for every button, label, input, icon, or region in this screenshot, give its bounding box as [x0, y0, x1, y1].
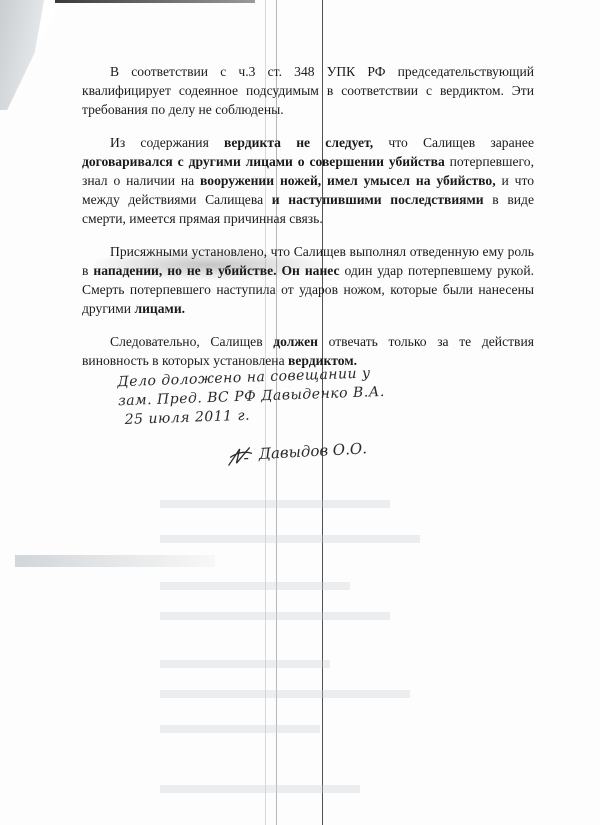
paragraph: В соответствии с ч.3 ст. 348 УПК РФ пред… [82, 62, 534, 119]
scanned-page: В соответствии с ч.3 ст. 348 УПК РФ пред… [0, 0, 600, 825]
paragraph-text: В соответствии с ч.3 ст. 348 УПК РФ пред… [82, 64, 534, 117]
scanner-corner-artifact [0, 0, 60, 110]
toner-smudge [15, 555, 215, 567]
signature-flourish-icon [226, 444, 255, 467]
paragraph-text-bold: договаривался с другими лицами о соверше… [82, 154, 445, 169]
paragraph-text: Следовательно, Салищев [110, 334, 273, 349]
handwritten-annotation: Дело доложено на совещании у зам. Пред. … [117, 363, 419, 430]
bleed-through-text [160, 582, 350, 590]
bleed-through-text [160, 690, 410, 698]
bleed-through-text [160, 660, 330, 668]
signature: Давыдов О.О. [226, 438, 368, 467]
paragraph-text-bold: нападении, но не в убийстве. Он нанес [93, 263, 339, 278]
bleed-through-text [160, 725, 320, 733]
bleed-through-text [160, 500, 390, 508]
paragraph-text-bold: вооружении ножей, имел умысел на убийств… [200, 173, 496, 188]
paragraph-text-bold: и наступившими последствиями [272, 192, 484, 207]
paragraph-text: что Салищев заранее [373, 135, 534, 150]
signature-name: Давыдов О.О. [258, 439, 367, 463]
paragraph: Из содержания вердикта не следует, что С… [82, 133, 534, 228]
document-body: В соответствии с ч.3 ст. 348 УПК РФ пред… [82, 62, 534, 384]
paragraph: Следовательно, Салищев должен отвечать т… [82, 332, 534, 370]
bleed-through-text [160, 612, 390, 620]
scanner-edge-artifact [55, 0, 255, 3]
bleed-through-text [160, 785, 360, 793]
paragraph: Присяжными установлено, что Салищев выпо… [82, 242, 534, 318]
bleed-through-text [160, 535, 420, 543]
paragraph-text: Из содержания [110, 135, 224, 150]
paragraph-text-bold: лицами. [134, 301, 185, 316]
paragraph-text-bold: вердикта не следует, [224, 135, 373, 150]
paragraph-text-bold: должен [273, 334, 318, 349]
